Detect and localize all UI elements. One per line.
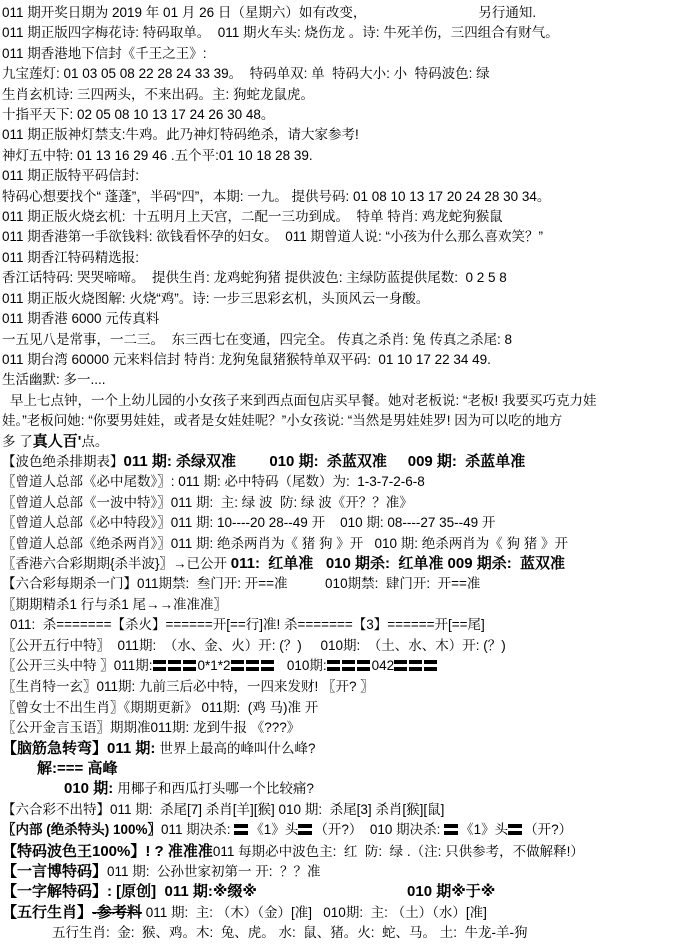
text-line: 〖曾道人总部《绝杀两肖》〗011 期: 绝杀两肖为《 猪 狗 》开 010 期:… — [2, 534, 686, 554]
text-line: 特码心想要找个“ 蓬蓬”，半码“四”，本期: 一九。 提供号码: 01 08 1… — [2, 187, 686, 207]
black-bars-icon — [508, 821, 524, 841]
text-line: 早上七点钟，一个上幼儿园的小女孩子来到西点面包店买早餐。她对老板说: “老板! … — [2, 391, 686, 411]
black-bars-icon — [327, 657, 372, 677]
text-line: 五行生肖: 金: 猴、鸡。木: 兔、虎。 水: 鼠、猪。火: 蛇、马。 土: 牛… — [2, 923, 686, 943]
text-segment: 011 期台湾 60000 元来料信封 特肖: 龙狗兔鼠猪猴特单双平码: 01 … — [2, 352, 491, 367]
text-line: 【波色绝杀排期表】011 期: 杀绿双准 010 期: 杀蓝双准 009 期: … — [2, 452, 686, 472]
text-line: 【五行生肖】-参考料 011 期: 主: （木）（金）[准] 010期: 主: … — [2, 903, 686, 923]
text-segment: 〖公开金言玉语〗期期准011期: 龙到牛报 《???》 — [2, 720, 300, 735]
text-line: 一五见八是常事，一二三。 东三西七在变通，四完全。 传真之杀肖: 兔 传真之杀尾… — [2, 330, 686, 350]
text-segment: 〖曾道人总部《必中尾数》〗: 011 期: 必中特码（尾数）为: 1-3-7-2… — [2, 474, 425, 489]
text-segment: 早上七点钟，一个上幼儿园的小女孩子来到西点面包店买早餐。她对老板说: “老板! … — [10, 393, 597, 408]
black-bars-icon — [231, 657, 276, 677]
text-line: 〖曾道人总部《必中尾数》〗: 011 期: 必中特码（尾数）为: 1-3-7-2… — [2, 472, 686, 492]
text-segment: 香江话特码: 哭哭啼啼。 提供生肖: 龙鸡蛇狗猪 提供波色: 主绿防蓝提供尾数:… — [2, 270, 507, 285]
redacted-gap — [366, 16, 478, 17]
text-line: 【一字解特码】: [原创] 011 期:※缀※010 期※于※ — [2, 882, 686, 902]
text-line: 十指平天下: 02 05 08 10 13 17 24 26 30 48。 — [2, 105, 686, 125]
black-bars-icon — [153, 657, 198, 677]
text-line: 娃。”老板问她: “你要男娃娃，或者是女娃娃呢？”小女孩说: “当然是男娃娃罗!… — [2, 411, 686, 431]
text-line: 【脑筋急转弯】011 期: 世界上最高的峰叫什么峰? — [2, 739, 686, 759]
text-segment: 【脑筋急转弯】011 期: — [2, 740, 160, 757]
text-segment: 另行通知. — [478, 5, 536, 20]
text-line: 〖曾道人总部《必中特段》〗011 期: 10----20 28--49 开 01… — [2, 513, 686, 533]
text-line: 011 期正版火烧玄机: 十五明月上天宫，二配一三功到成。 特单 特肖: 鸡龙蛇… — [2, 207, 686, 227]
text-line: 〖期期精杀1 行与杀1 尾→→准准准〗 — [2, 595, 686, 615]
text-segment: 〖生肖特一玄〗011期: 九前三后必中特，一四来发财! 〖开? 〗 — [2, 679, 374, 694]
black-bars-icon — [298, 821, 314, 841]
text-segment: 〖曾道人总部《绝杀两肖》〗011 期: 绝杀两肖为《 猪 狗 》开 010 期:… — [2, 536, 568, 551]
text-segment: 《1》头 — [250, 822, 298, 837]
text-segment: 生活幽默: 多一.... — [2, 372, 106, 387]
text-segment: 〖香港六合彩期期{杀半波}〗→已公开 — [2, 556, 231, 571]
text-segment: 【波色绝杀排期表】 — [2, 454, 124, 469]
text-line: 011 期台湾 60000 元来料信封 特肖: 龙狗兔鼠猪猴特单双平码: 01 … — [2, 350, 686, 370]
text-line: 〖曾女士不出生肖〗《期期更新》 011期: (鸡 马)准 开 — [2, 698, 686, 718]
text-segment: 011 期正版特平码信封: — [2, 168, 139, 183]
text-line: 〖公开金言玉语〗期期准011期: 龙到牛报 《???》 — [2, 718, 686, 738]
text-line: 011 期正版火烧图解: 火烧“鸡”。诗: 一步三思彩玄机，头顶风云一身酸。 — [2, 289, 686, 309]
redacted-gap — [257, 895, 407, 896]
text-segment: 神灯五中特: 01 13 16 29 46 .五个平:01 10 18 28 3… — [2, 148, 313, 163]
text-segment: 〖曾女士不出生肖〗《期期更新》 011期: (鸡 马)准 开 — [2, 700, 318, 715]
text-line: 011 期正版特平码信封: — [2, 166, 686, 186]
text-line: 011: 杀=======【杀火】======开[==行]准! 杀=======… — [2, 615, 686, 635]
text-segment: 011 期正版神灯禁支:牛鸡。此乃神灯特码绝杀，请大家参考! — [2, 127, 359, 142]
text-segment: 〖内部 (绝杀特头) 100%〗 — [2, 822, 161, 837]
text-segment: 011 期开奖日期为 2019 年 01 月 26 日（星期六）如有改变， — [2, 5, 366, 20]
black-bars-icon — [394, 657, 439, 677]
text-segment: 011 期香港 6000 元传真料 — [2, 311, 159, 326]
text-segment: 【一字解特码】: [原创] 011 期:※缀※ — [2, 883, 257, 900]
text-line: 〖香港六合彩期期{杀半波}〗→已公开 011: 红单准 010 期杀: 红单准 … — [2, 554, 686, 574]
text-segment: （开?） 010 期决杀: — [314, 822, 444, 837]
text-segment: 用椰子和西瓜打头哪一个比较痛? — [117, 781, 314, 796]
text-segment: 一五见八是常事，一二三。 东三西七在变通，四完全。 传真之杀肖: 兔 传真之杀尾… — [2, 332, 512, 347]
text-segment: 五行生肖: 金: 猴、鸡。木: 兔、虎。 水: 鼠、猪。火: 蛇、马。 土: 牛… — [52, 925, 528, 940]
text-segment: 010期: — [276, 658, 327, 673]
text-segment: 011 期: 公孙世家初第一 开: ？？准 — [107, 864, 321, 879]
text-line: 010 期: 用椰子和西瓜打头哪一个比较痛? — [2, 779, 686, 799]
text-segment: 011 期正版火烧图解: 火烧“鸡”。诗: 一步三思彩玄机，头顶风云一身酸。 — [2, 291, 429, 306]
text-segment: 011 每期必中波色主: 红 防: 绿 .（注: 只供参考，不做解释!） — [213, 844, 584, 859]
text-segment: 【六合彩每期杀一门】011期禁: 叁门开: 开==准 010期禁: 肆门开: 开… — [2, 576, 480, 591]
black-bars-icon — [444, 821, 460, 841]
text-segment: 【一言博特码】 — [2, 863, 107, 880]
text-line: 生活幽默: 多一.... — [2, 370, 686, 390]
text-segment: 011 期: 杀绿双准 010 期: 杀蓝双准 009 期: 杀蓝单准 — [124, 453, 526, 470]
text-line: 011 期正版神灯禁支:牛鸡。此乃神灯特码绝杀，请大家参考! — [2, 125, 686, 145]
text-segment: 十指平天下: 02 05 08 10 13 17 24 26 30 48。 — [2, 107, 274, 122]
text-segment: 〖曾道人总部《一波中特》〗011 期: 主: 绿 波 防: 绿 波《开？？准》 — [2, 495, 413, 510]
text-line: 解:=== 高峰 — [2, 759, 686, 779]
text-segment: 【五行生肖】 — [2, 904, 92, 921]
text-segment: 娃。”老板问她: “你要男娃娃，或者是女娃娃呢？”小女孩说: “当然是男娃娃罗!… — [2, 413, 562, 428]
text-line: 011 期正版四字梅花诗: 特码取单。 011 期火车头: 烧伤龙 。诗: 牛死… — [2, 23, 686, 43]
text-line: 神灯五中特: 01 13 16 29 46 .五个平:01 10 18 28 3… — [2, 146, 686, 166]
text-segment: 010 期: — [64, 780, 117, 797]
text-segment: 〖公开五行中特〗 011期: （水、金、火）开: (？) 010期: （土、水、… — [2, 638, 506, 653]
text-segment: 011 期正版四字梅花诗: 特码取单。 011 期火车头: 烧伤龙 。诗: 牛死… — [2, 25, 559, 40]
text-line: 多 了真人百'点。 — [2, 432, 686, 452]
lottery-tips-document: 011 期开奖日期为 2019 年 01 月 26 日（星期六）如有改变，另行通… — [0, 0, 688, 950]
text-segment: （开?） — [524, 822, 572, 837]
text-line: 011 期香港地下信封《千王之王》: — [2, 44, 686, 64]
text-line: 011 期香江特码精选报: — [2, 248, 686, 268]
black-bars-icon — [234, 821, 250, 841]
text-segment: 042 — [372, 658, 395, 673]
text-segment: 011 期正版火烧玄机: 十五明月上天宫，二配一三功到成。 特单 特肖: 鸡龙蛇… — [2, 209, 503, 224]
text-line: 011 期香港 6000 元传真料 — [2, 309, 686, 329]
text-line: 011 期开奖日期为 2019 年 01 月 26 日（星期六）如有改变，另行通… — [2, 3, 686, 23]
text-line: 【六合彩不出特】011 期: 杀尾[7] 杀肖[羊][猴] 010 期: 杀尾[… — [2, 800, 686, 820]
text-segment: 011: 红单准 010 期杀: 红单准 009 期杀: 蓝双准 — [231, 555, 565, 572]
text-segment: 世界上最高的峰叫什么峰? — [160, 741, 316, 756]
text-segment: 010 期※于※ — [407, 883, 495, 900]
text-segment: 点。 — [81, 434, 108, 449]
text-line: 【特码波色王100%】! ? 准准准011 每期必中波色主: 红 防: 绿 .（… — [2, 842, 686, 862]
text-line: 〖内部 (绝杀特头) 100%〗011 期决杀: 《1》头（开?） 010 期决… — [2, 820, 686, 841]
text-segment: 《1》头 — [460, 822, 508, 837]
text-segment: 解:=== 高峰 — [37, 760, 117, 777]
text-line: 011 期香港第一手欲钱料: 欲钱看怀孕的妇女。 011 期曾道人说: “小孩为… — [2, 227, 686, 247]
text-segment: 多 了 — [2, 434, 33, 449]
text-line: 〖公开三头中特 〗011期:0*1*2 010期:042 — [2, 656, 686, 677]
text-segment: 011 期: 主: （木）（金）[准] 010期: 主: （土）（水）[准] — [142, 905, 487, 920]
text-segment: 〖曾道人总部《必中特段》〗011 期: 10----20 28--49 开 01… — [2, 515, 495, 530]
text-segment: 011 期决杀: — [161, 822, 234, 837]
text-segment: 〖期期精杀1 行与杀1 尾→→准准准〗 — [2, 597, 227, 612]
text-segment: 特码心想要找个“ 蓬蓬”，半码“四”，本期: 一九。 提供号码: 01 08 1… — [2, 189, 550, 204]
text-segment: 【特码波色王100%】! ? 准准准 — [2, 843, 213, 860]
text-line: 生肖玄机诗: 三四两头，不来出码。主: 狗蛇龙鼠虎。 — [2, 85, 686, 105]
text-segment: 生肖玄机诗: 三四两头，不来出码。主: 狗蛇龙鼠虎。 — [2, 87, 314, 102]
text-segment: 011 期香港地下信封《千王之王》: — [2, 46, 207, 61]
text-segment: 【六合彩不出特】011 期: 杀尾[7] 杀肖[羊][猴] 010 期: 杀尾[… — [2, 802, 444, 817]
text-line: 香江话特码: 哭哭啼啼。 提供生肖: 龙鸡蛇狗猪 提供波色: 主绿防蓝提供尾数:… — [2, 268, 686, 288]
text-segment: 真人百' — [33, 433, 82, 450]
text-segment: -参考料 — [92, 904, 142, 921]
text-segment: 0*1*2 — [198, 658, 231, 673]
text-line: 【一言博特码】011 期: 公孙世家初第一 开: ？？准 — [2, 862, 686, 882]
text-segment: 九宝莲灯: 01 03 05 08 22 28 24 33 39。 特码单双: … — [2, 66, 490, 81]
text-segment: 011 期香江特码精选报: — [2, 250, 139, 265]
text-line: 〖公开五行中特〗 011期: （水、金、火）开: (？) 010期: （土、水、… — [2, 636, 686, 656]
text-line: 九宝莲灯: 01 03 05 08 22 28 24 33 39。 特码单双: … — [2, 64, 686, 84]
text-line: 【六合彩每期杀一门】011期禁: 叁门开: 开==准 010期禁: 肆门开: 开… — [2, 574, 686, 594]
text-line: 〖生肖特一玄〗011期: 九前三后必中特，一四来发财! 〖开? 〗 — [2, 677, 686, 697]
text-segment: 〖公开三头中特 〗011期: — [2, 658, 153, 673]
text-segment: 011: 杀=======【杀火】======开[==行]准! 杀=======… — [10, 617, 485, 632]
text-line: 〖曾道人总部《一波中特》〗011 期: 主: 绿 波 防: 绿 波《开？？准》 — [2, 493, 686, 513]
text-segment: 011 期香港第一手欲钱料: 欲钱看怀孕的妇女。 011 期曾道人说: “小孩为… — [2, 229, 543, 244]
